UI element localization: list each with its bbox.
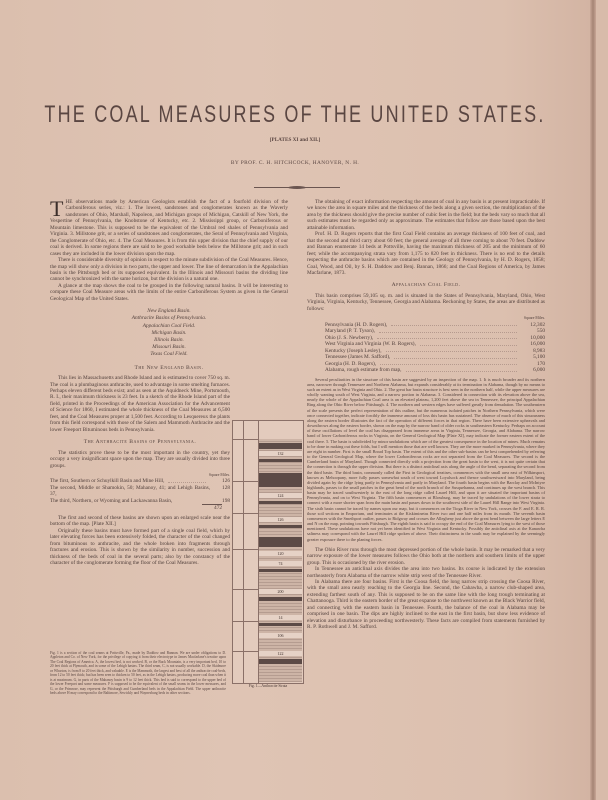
ornamental-rule [254, 187, 340, 188]
basin-item: Anthracite Basins of Pennsylvania. [50, 315, 288, 322]
rogers-paragraph: Prof. H. D. Rogers reports that the firs… [307, 231, 545, 276]
table-row: Alabama, rough estimate from map,6,000 [325, 367, 545, 374]
strata-column: 132 124 126 120 74 200 14 106 122 [259, 439, 302, 682]
basin-item: Missouri Basin. [50, 344, 288, 351]
figure-letter-column [244, 421, 259, 683]
facing-page-edge [596, 0, 608, 800]
section-heading-new-england: The New England Basin. [50, 365, 288, 371]
new-england-paragraph: This lies in Massachusetts and Rhode Isl… [50, 375, 230, 433]
ohio-river-paragraph: The Ohio River runs through the most dep… [307, 547, 545, 566]
drop-cap: T [50, 200, 63, 218]
basin-item: Appalachian Coal Field. [50, 323, 288, 330]
figure-index-column [233, 421, 244, 683]
anthracite-paragraph-2: The first and second of these basins are… [50, 515, 230, 528]
basin-item: Michigan Basin. [50, 330, 288, 337]
intro-paragraph-1: THE observations made by American Geolog… [50, 199, 288, 257]
appalachian-table: Square Miles. Pennsylvania (H. D. Rogers… [325, 315, 545, 373]
basin-list: New England Basin. Anthracite Basins of … [50, 308, 288, 358]
alabama-paragraph: In Alabama there are four basins. First … [307, 579, 545, 631]
tennessee-paragraph: In Tennessee an anticlinal axis divides … [307, 566, 545, 579]
appalachian-paragraph: This basin comprises 59,105 sq. m. and i… [307, 293, 545, 312]
strata-section-figure: 132 124 126 120 74 200 14 106 122 [232, 420, 304, 684]
figure-footnote: Fig. 1 is a section of the coal seams at… [50, 651, 226, 696]
figure-caption: Fig. 1—Anthracite Strata [232, 684, 304, 688]
page-title: THE COAL MEASURES OF THE UNITED STATES. [0, 100, 590, 128]
section-heading-anthracite: The Anthracite Basins of Pennsylvania. [50, 439, 230, 445]
anthracite-paragraph-3: Originally these basins must have formed… [50, 528, 230, 567]
plates-reference: [PLATES XI and XII.] [0, 137, 590, 143]
basin-item: Texas Coal Field. [50, 351, 288, 358]
table-row: The second, Middle or Shamokin, 50; Maha… [50, 485, 230, 498]
author-byline: BY PROF. C. H. HITCHCOCK, HANOVER, N. H. [0, 160, 590, 166]
intro-paragraph-2: There is considerable diversity of opini… [50, 257, 288, 283]
peculiarities-small-print: Several peculiarities in the structure o… [307, 377, 545, 542]
estimates-paragraph: The obtaining of exact information respe… [307, 199, 545, 231]
right-column: The obtaining of exact information respe… [307, 199, 545, 631]
intro-paragraph-3: A glance at the map shows the coal to be… [50, 283, 288, 302]
anthracite-table: Square Miles. The first, Southern or Sch… [50, 472, 230, 512]
anthracite-paragraph: The statistics prove these to be the mos… [50, 450, 230, 469]
section-heading-appalachian: Appalachian Coal Field. [307, 282, 545, 288]
basin-item: Illinois Basin. [50, 337, 288, 344]
table-total: 472 [202, 504, 222, 511]
